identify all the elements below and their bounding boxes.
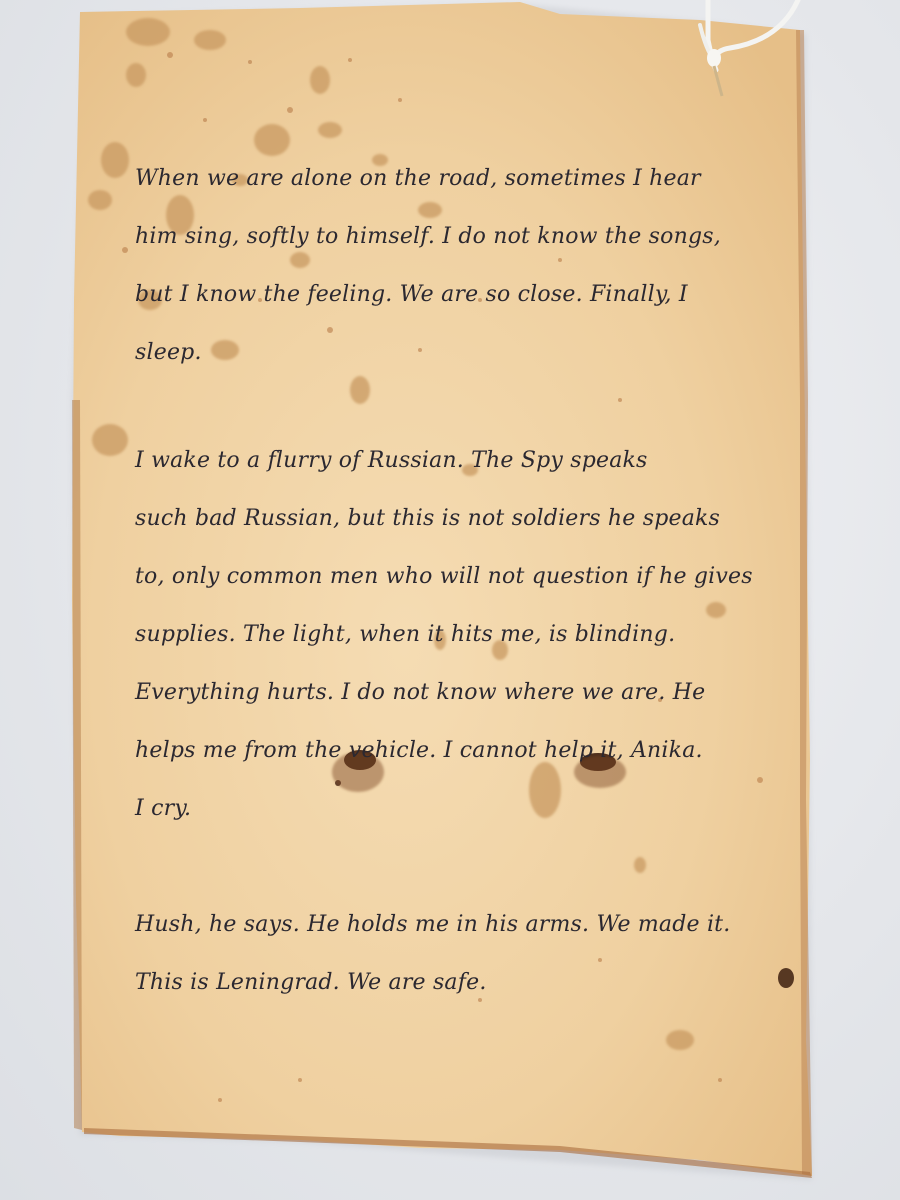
letter-line: to, only common men who will not questio… [135, 548, 775, 606]
letter-line: Hush, he says. He holds me in his arms. … [135, 896, 775, 954]
letter-line: I wake to a flurry of Russian. The Spy s… [135, 432, 775, 490]
paragraph-gap [135, 382, 775, 432]
letter-line: but I know the feeling. We are so close.… [135, 266, 775, 324]
letter-line: him sing, softly to himself. I do not kn… [135, 208, 775, 266]
paragraph-gap [135, 838, 775, 896]
letter-line: I cry. [135, 780, 775, 838]
paragraph-1: When we are alone on the road, sometimes… [135, 150, 775, 382]
letter-line: This is Leningrad. We are safe. [135, 954, 775, 1012]
letter-line: such bad Russian, but this is not soldie… [135, 490, 775, 548]
paragraph-2: I wake to a flurry of Russian. The Spy s… [135, 432, 775, 838]
paragraph-3: Hush, he says. He holds me in his arms. … [135, 896, 775, 1012]
letter-line: Everything hurts. I do not know where we… [135, 664, 775, 722]
letter-line: helps me from the vehicle. I cannot help… [135, 722, 775, 780]
handwritten-letter: When we are alone on the road, sometimes… [135, 150, 775, 1012]
letter-line: When we are alone on the road, sometimes… [135, 150, 775, 208]
photo-scene: When we are alone on the road, sometimes… [0, 0, 900, 1200]
letter-line: sleep. [135, 324, 775, 382]
letter-line: supplies. The light, when it hits me, is… [135, 606, 775, 664]
